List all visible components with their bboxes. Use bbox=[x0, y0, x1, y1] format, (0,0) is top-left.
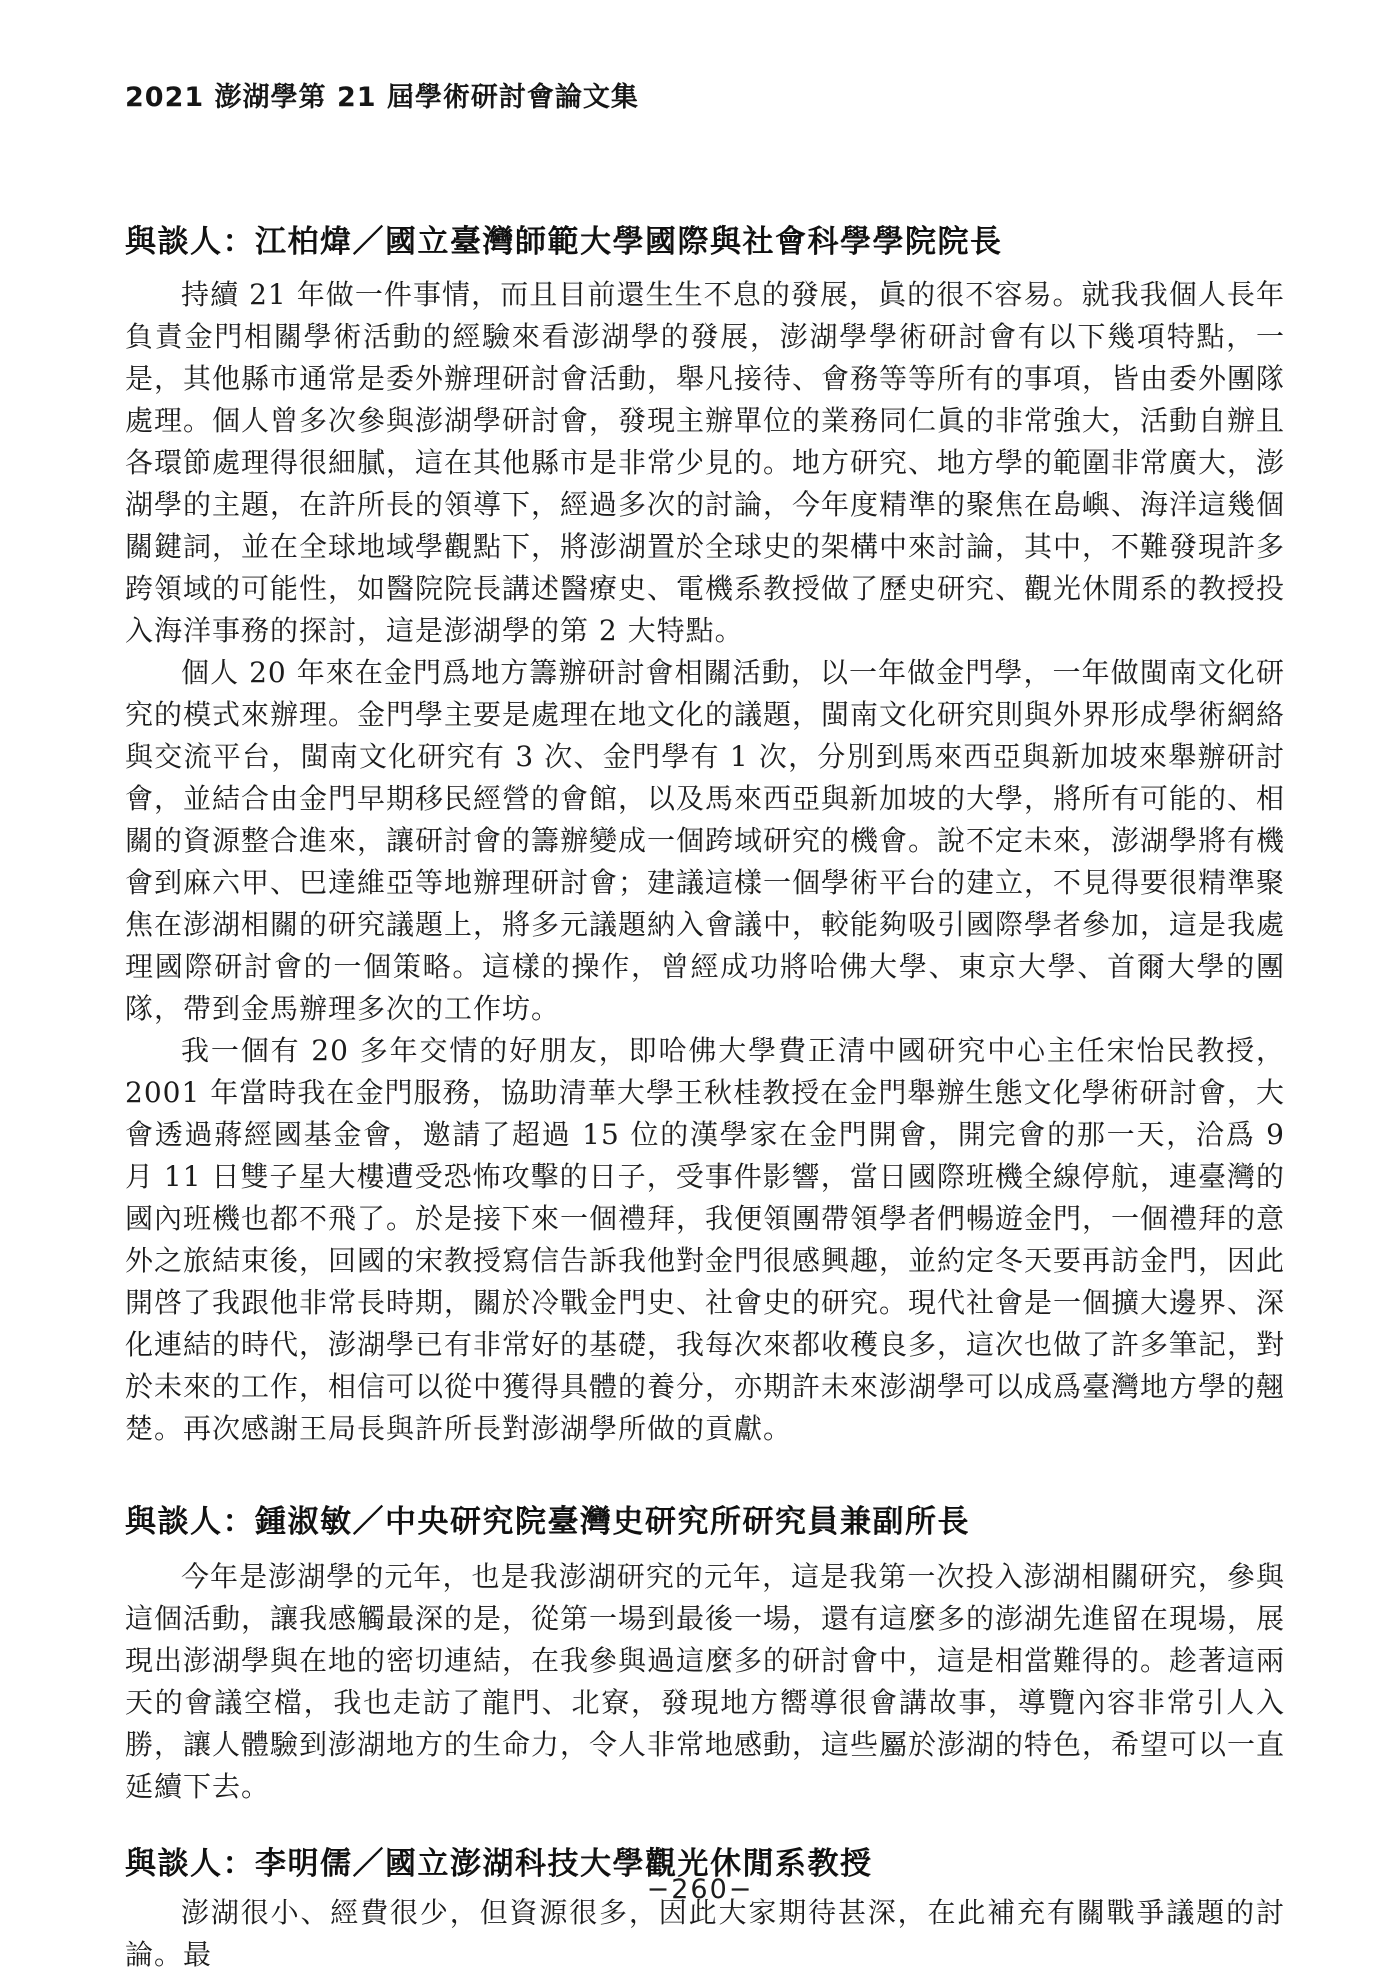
section-discussant-3: 與談人：李明儒／國立澎湖科技大學觀光休閒系教授 澎湖很小、經費很少，但資源很多，… bbox=[125, 1844, 1285, 1976]
section-heading-discussant-1: 與談人：江柏煒／國立臺灣師範大學國際與社會科學學院院長 bbox=[125, 222, 1285, 262]
paragraph: 我一個有 20 多年交情的好朋友，即哈佛大學費正清中國研究中心主任宋怡民教授，2… bbox=[125, 1030, 1285, 1450]
page-number: −260− bbox=[0, 1874, 1400, 1905]
document-page: 2021 澎湖學第 21 屆學術研討會論文集 與談人：江柏煒／國立臺灣師範大學國… bbox=[0, 0, 1400, 1980]
paragraph: 持續 21 年做一件事情，而且目前還生生不息的發展，眞的很不容易。就我我個人長年… bbox=[125, 274, 1285, 652]
section-discussant-1: 與談人：江柏煒／國立臺灣師範大學國際與社會科學學院院長 持續 21 年做一件事情… bbox=[125, 222, 1285, 1450]
paragraph: 今年是澎湖學的元年，也是我澎湖研究的元年，這是我第一次投入澎湖相關研究，參與這個… bbox=[125, 1556, 1285, 1808]
paragraph: 個人 20 年來在金門爲地方籌辦研討會相關活動，以一年做金門學，一年做閩南文化研… bbox=[125, 652, 1285, 1030]
section-heading-discussant-2: 與談人：鍾淑敏／中央研究院臺灣史研究所研究員兼副所長 bbox=[125, 1502, 1285, 1542]
running-header: 2021 澎湖學第 21 屆學術研討會論文集 bbox=[125, 82, 1285, 114]
section-discussant-2: 與談人：鍾淑敏／中央研究院臺灣史研究所研究員兼副所長 今年是澎湖學的元年，也是我… bbox=[125, 1502, 1285, 1808]
